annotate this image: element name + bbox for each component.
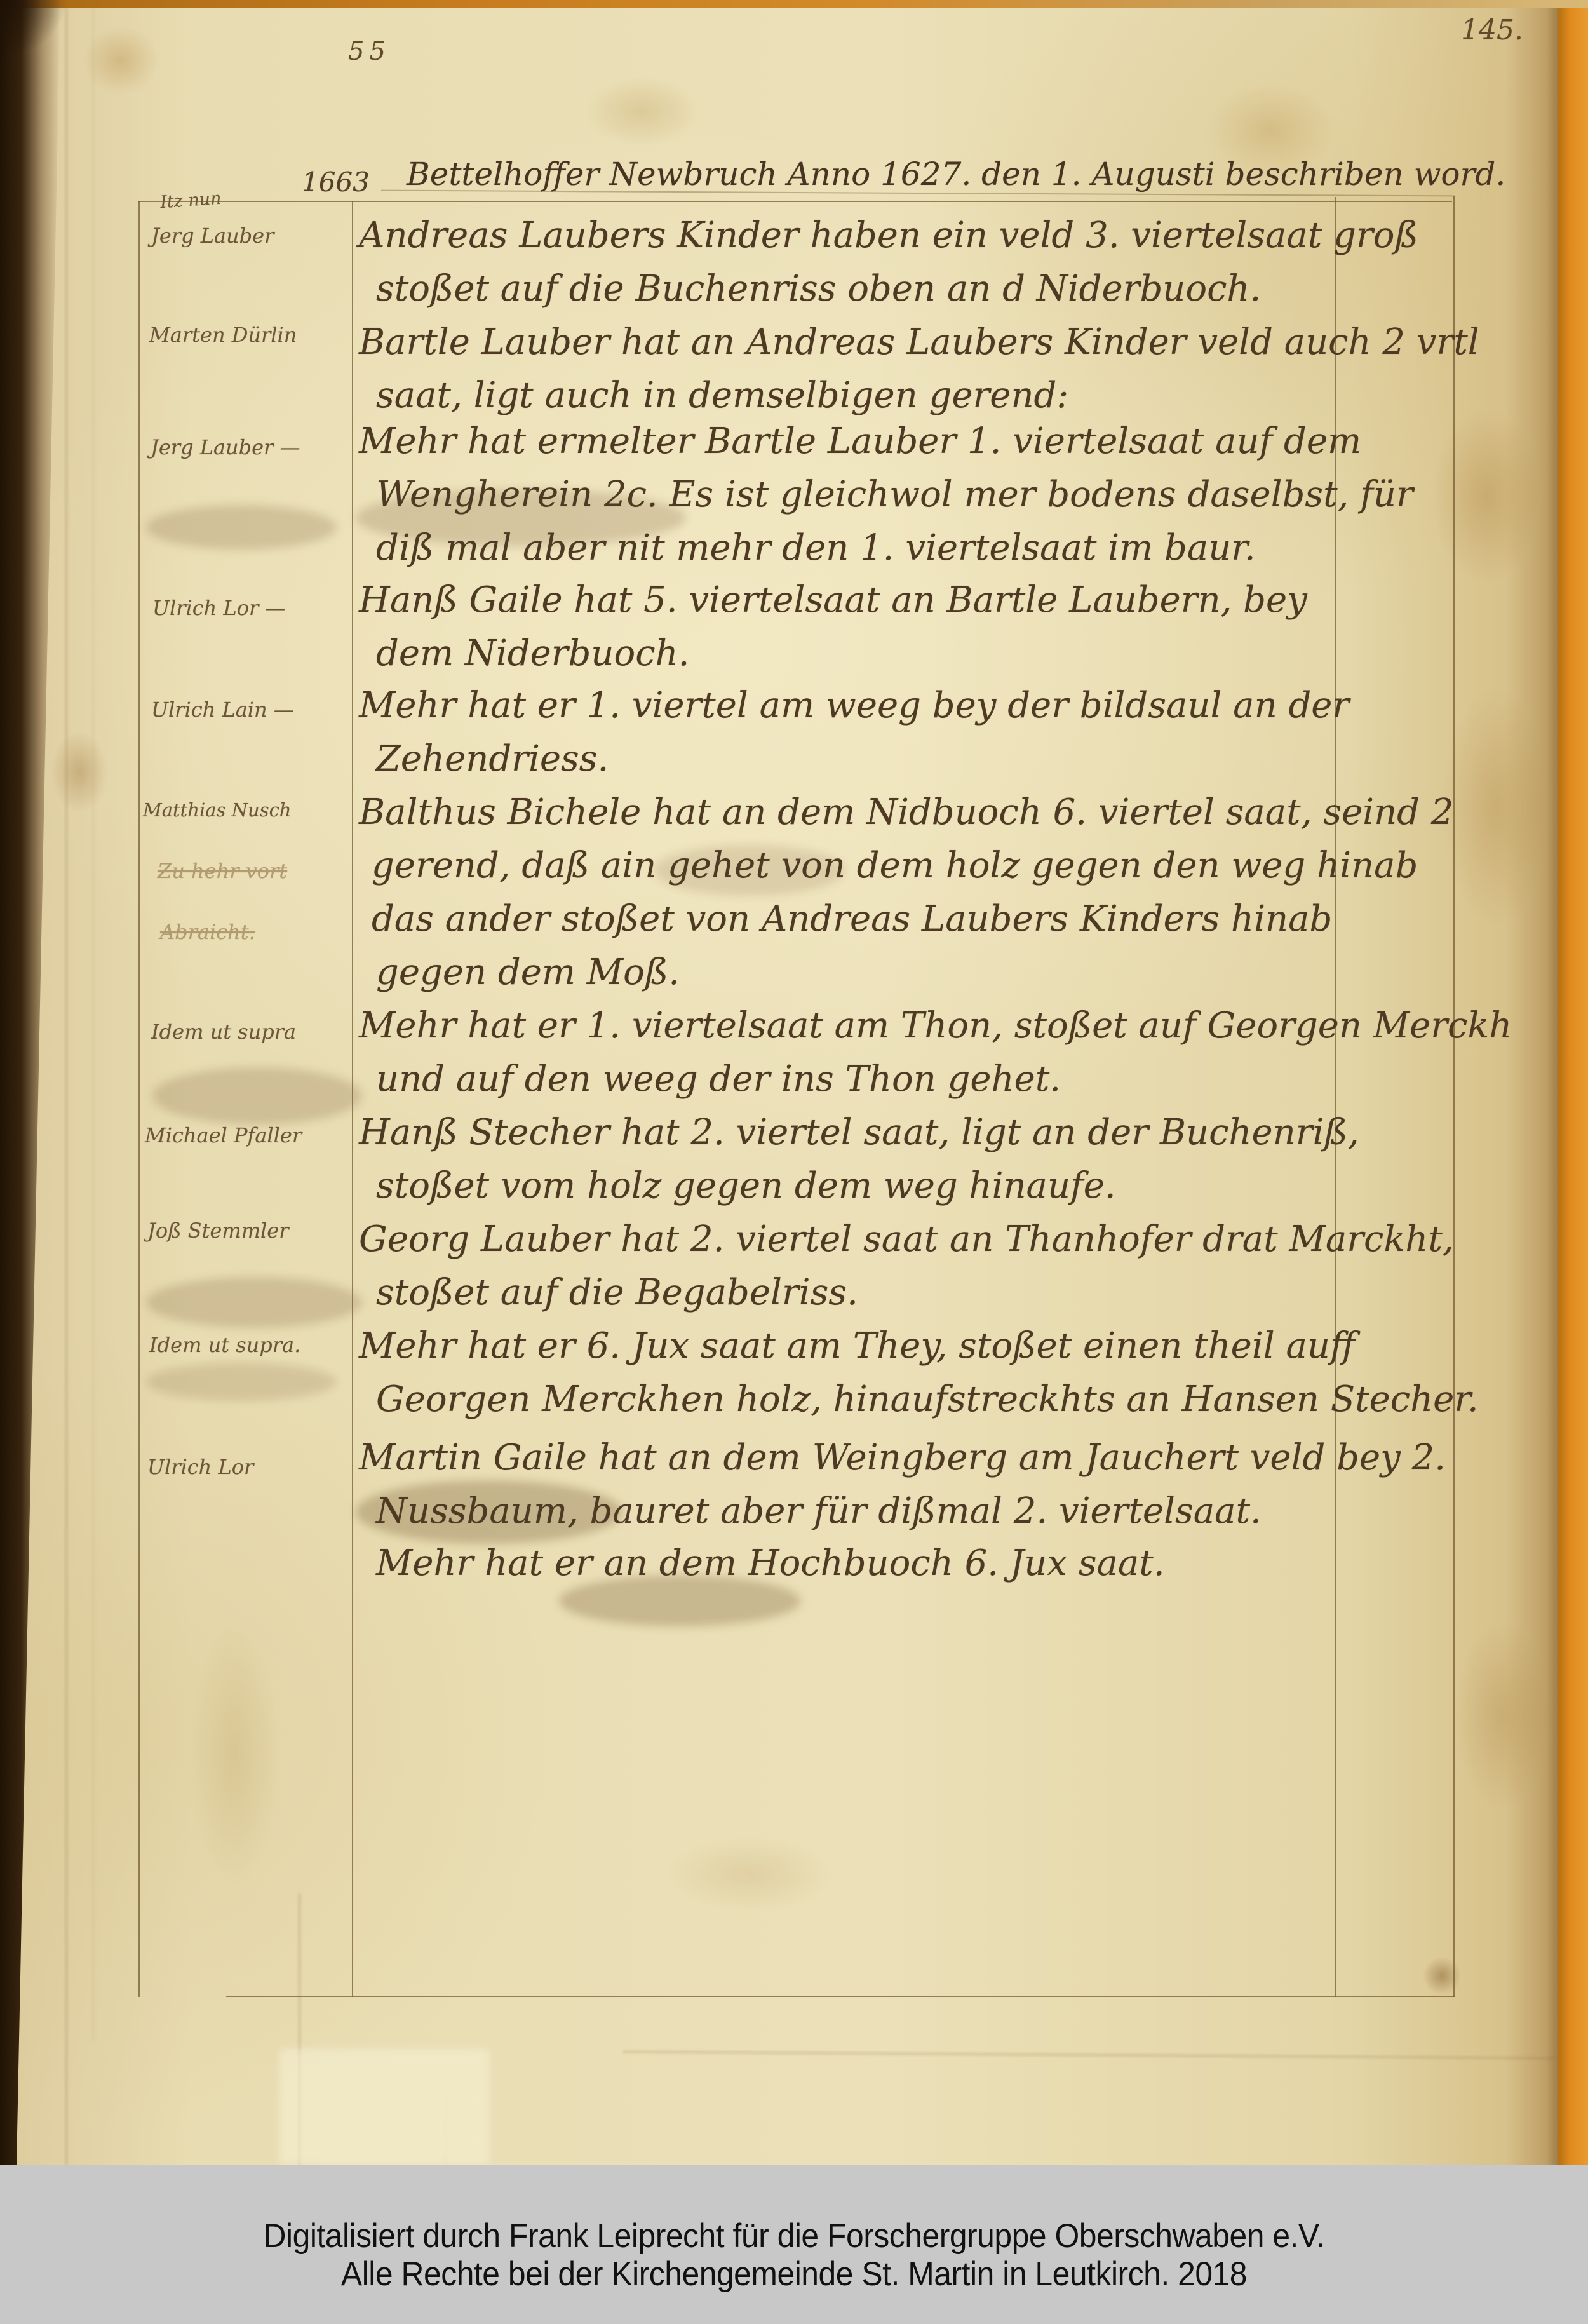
text-line: Mehr hat er 1. viertel am weeg bey der b… xyxy=(359,685,1349,726)
book-cover-edge xyxy=(1558,0,1588,2165)
folio-number: 145. xyxy=(1461,14,1523,46)
book-cover-top-edge xyxy=(0,0,1588,8)
text-line: Zehendriess. xyxy=(376,738,609,780)
stain xyxy=(584,76,699,146)
text-line: Georg Lauber hat 2. viertel saat an Than… xyxy=(359,1219,1454,1260)
text-line: Mehr hat er 1. viertelsaat am Thon, stoß… xyxy=(359,1005,1512,1046)
text-line: diß mal aber nit mehr den 1. viertelsaat… xyxy=(376,527,1256,569)
page-number: 55 xyxy=(348,37,391,66)
text-line: Georgen Merckhen holz, hinaufstreckhts a… xyxy=(376,1379,1479,1420)
table-top-rule xyxy=(138,201,1452,202)
stain xyxy=(1442,686,1550,928)
ink-smudge xyxy=(146,505,337,550)
underlying-page-patch xyxy=(279,2049,489,2165)
text-line: stoßet vom holz gegen dem weg hinaufe. xyxy=(376,1165,1116,1206)
table-left-rule xyxy=(138,201,140,1997)
stain xyxy=(51,731,108,813)
text-line: Mehr hat ermelter Bartle Lauber 1. viert… xyxy=(359,421,1361,462)
text-line: Andreas Laubers Kinder haben ein veld 3.… xyxy=(359,215,1418,256)
footer-credit-line: Digitalisiert durch Frank Leiprecht für … xyxy=(48,2217,1540,2255)
stain xyxy=(1455,1620,1550,1811)
text-line: Martin Gaile hat an dem Weingberg am Jau… xyxy=(359,1437,1446,1478)
text-line: gerend, daß ain gehet von dem holz gegen… xyxy=(372,845,1418,886)
margin-name: Idem ut supra xyxy=(151,1020,296,1044)
page-edge-shading xyxy=(1505,0,1558,2165)
margin-year: 1663 xyxy=(302,166,370,198)
ink-smudge xyxy=(152,1067,362,1125)
margin-name: Jerg Lauber xyxy=(151,224,274,248)
margin-name: Ulrich Lor — xyxy=(152,596,285,620)
margin-name: Ulrich Lain — xyxy=(151,698,294,722)
margin-name: Michael Pfaller xyxy=(145,1123,302,1147)
text-line: Wengherein 2c. Es ist gleichwol mer bode… xyxy=(376,474,1413,515)
stain xyxy=(667,1836,832,1912)
text-line: Nussbaum, bauret aber für dißmal 2. vier… xyxy=(376,1490,1262,1532)
text-line: gegen dem Moß. xyxy=(376,952,680,993)
text-line: und auf den weeg der ins Thon gehet. xyxy=(376,1058,1061,1100)
stain xyxy=(191,1620,279,1887)
footer-rights-line: Alle Rechte bei der Kirchengemeinde St. … xyxy=(48,2255,1540,2294)
margin-name: Marten Dürlin xyxy=(149,323,297,347)
margin-note-struck: Abraicht. xyxy=(160,920,255,944)
text-line: das ander stoßet von Andreas Laubers Kin… xyxy=(372,898,1332,940)
table-margin-separator-rule xyxy=(352,201,353,1997)
footer-spacer xyxy=(0,2165,1588,2217)
text-line: stoßet auf die Buchenriss oben an d Nide… xyxy=(376,268,1261,309)
text-line: Balthus Bichele hat an dem Nidbuoch 6. v… xyxy=(359,792,1453,833)
paper-crease xyxy=(65,8,67,2165)
margin-name: Ulrich Lor xyxy=(147,1455,253,1479)
stain xyxy=(83,25,159,95)
margin-note-struck: Zu hehr vort xyxy=(158,859,287,883)
text-line: Hanß Gaile hat 5. viertelsaat an Bartle … xyxy=(359,579,1307,621)
text-line: Mehr hat er an dem Hochbuoch 6. Jux saat… xyxy=(376,1543,1165,1584)
table-right-rule-outer xyxy=(1453,196,1455,1997)
stain xyxy=(1423,1957,1461,1995)
paper-crease xyxy=(93,8,94,2041)
stain xyxy=(1432,407,1540,584)
table-bottom-rule xyxy=(226,1996,1455,1997)
margin-name: Matthias Nusch xyxy=(143,799,292,821)
text-line: Hanß Stecher hat 2. viertel saat, ligt a… xyxy=(359,1112,1359,1153)
text-line: stoßet auf die Begabelriss. xyxy=(376,1272,858,1313)
page-title: Bettelhoffer Newbruch Anno 1627. den 1. … xyxy=(407,156,1505,193)
text-line: Mehr hat er 6. Jux saat am They, stoßet … xyxy=(359,1325,1356,1367)
text-line: saat, ligt auch in demselbigen gerend: xyxy=(376,375,1068,416)
ink-smudge xyxy=(146,1363,337,1401)
margin-name: Idem ut supra. xyxy=(149,1333,300,1357)
margin-name: Joß Stemmler xyxy=(147,1219,289,1243)
ink-smudge xyxy=(146,1277,362,1328)
text-line: dem Niderbuoch. xyxy=(376,633,689,674)
digitization-footer: Digitalisiert durch Frank Leiprecht für … xyxy=(0,2165,1588,2324)
margin-name: Jerg Lauber — xyxy=(151,435,300,459)
text-line: Bartle Lauber hat an Andreas Laubers Kin… xyxy=(359,321,1479,363)
table-right-rule-inner xyxy=(1335,197,1336,1997)
